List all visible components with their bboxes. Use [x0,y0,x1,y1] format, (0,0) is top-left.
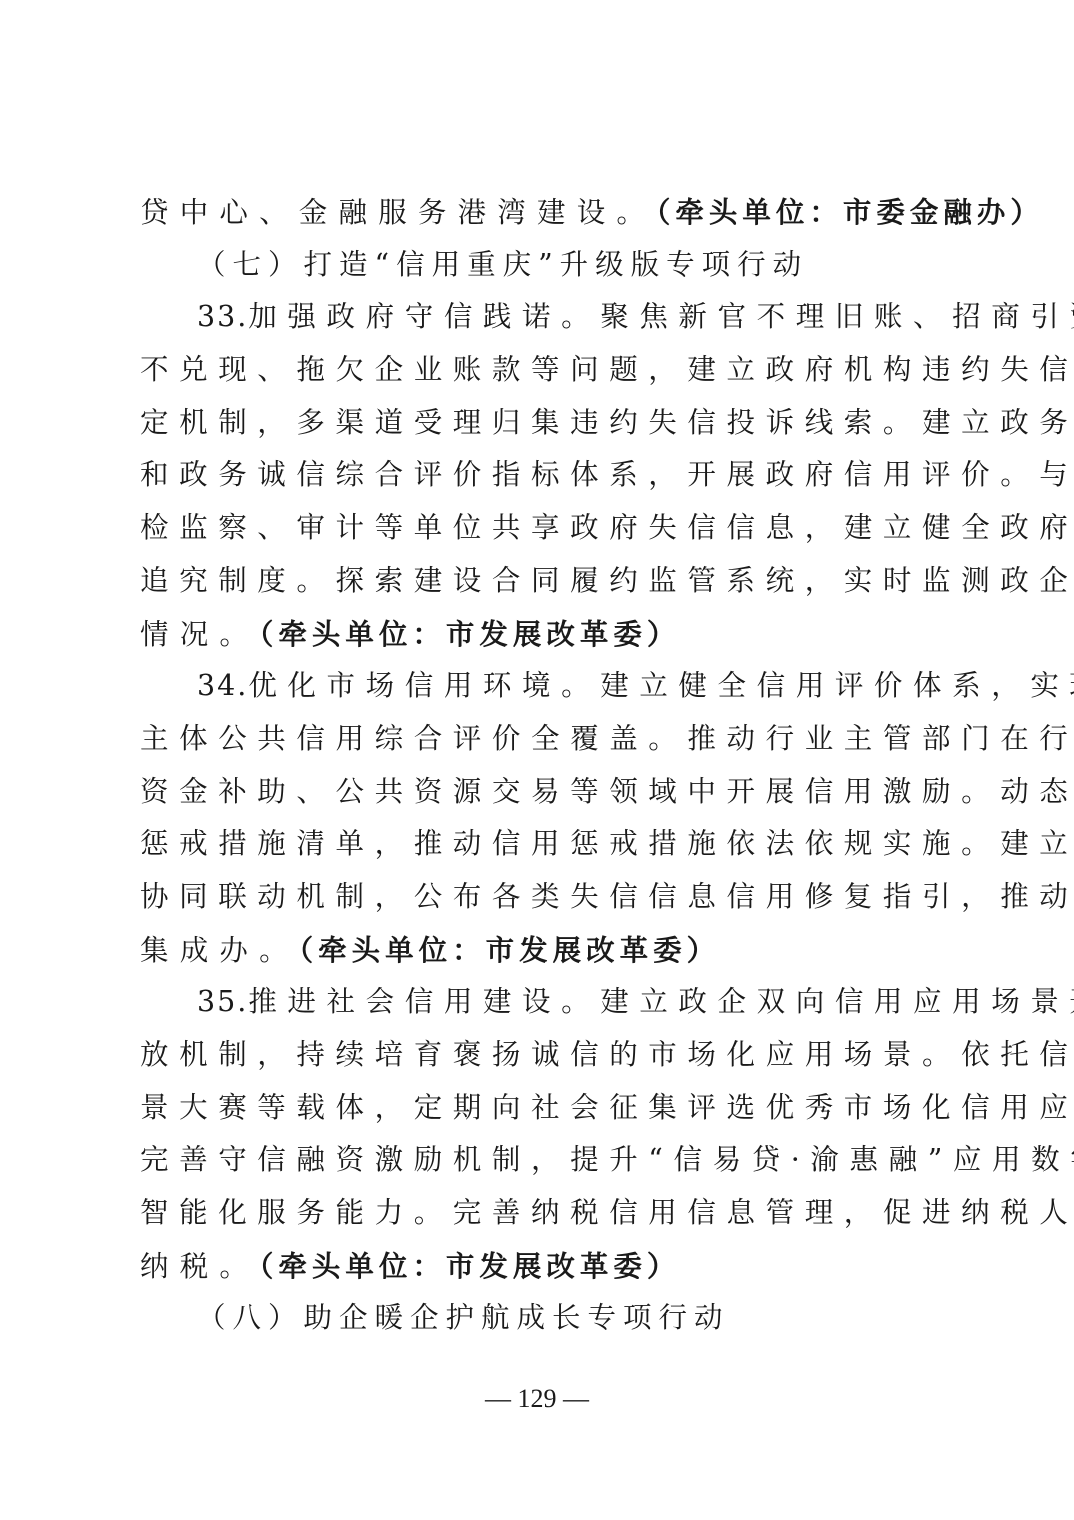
paragraph-line: 不兑现、拖欠企业账款等问题，建立政府机构违约失信归集和认 [140,344,940,397]
lead-unit-text: （牵头单位：市发展改革委） [299,933,720,967]
paragraph-line: 和政务诚信综合评价指标体系，开展政府信用评价。与司法、纪 [140,449,940,502]
body-text: 惩戒措施清单，推动信用惩戒措施依法依规实施。建立信用修复 [140,827,1074,860]
section-heading-text: （七）打造“信用重庆”升级版专项行动 [197,248,808,281]
body-text: 完善守信融资激励机制，提升“信易贷·渝惠融”应用数字化、 [140,1143,1074,1176]
paragraph-line: 情况。（牵头单位：市发展改革委） [140,608,940,661]
paragraph-line: 追究制度。探索建设合同履约监管系统，实时监测政企协议履约 [140,555,940,608]
body-text: 推进社会信用建设。建立政企双向信用应用场景开发开 [248,985,1074,1018]
body-text: 加强政府守信践诺。聚焦新官不理旧账、招商引资承诺 [248,300,1074,333]
body-text: 和政务诚信综合评价指标体系，开展政府信用评价。与司法、纪 [140,458,1074,491]
section-heading-text: （八）助企暖企护航成长专项行动 [197,1301,730,1334]
item-number: 35. [197,985,248,1018]
body-text: 主体公共信用综合评价全覆盖。推动行业主管部门在行政审批、 [140,722,1074,755]
paragraph-line: 协同联动机制，公布各类失信信息信用修复指引，推动信用修复 [140,871,940,924]
body-text: 景大赛等载体，定期向社会征集评选优秀市场化信用应用场景。 [140,1091,1074,1124]
body-text: 协同联动机制，公布各类失信信息信用修复指引，推动信用修复 [140,880,1074,913]
paragraph-line: 主体公共信用综合评价全覆盖。推动行业主管部门在行政审批、 [140,713,940,766]
paragraph-line: 惩戒措施清单，推动信用惩戒措施依法依规实施。建立信用修复 [140,818,940,871]
body-text: 情况。 [140,618,259,651]
section-heading: （七）打造“信用重庆”升级版专项行动 [140,239,940,292]
paragraph-line: 检监察、审计等单位共享政府失信信息，建立健全政府失信责任 [140,502,940,555]
paragraph-line: 定机制，多渠道受理归集违约失信投诉线索。建立政务诚信档案 [140,397,940,450]
paragraph-line: 贷中心、金融服务港湾建设。（牵头单位：市委金融办） [140,186,940,239]
paragraph-line: 智能化服务能力。完善纳税信用信息管理，促进纳税人依法诚信 [140,1187,940,1240]
paragraph-line: 放机制，持续培育褒扬诚信的市场化应用场景。依托信用应用场 [140,1029,940,1082]
body-text: 追究制度。探索建设合同履约监管系统，实时监测政企协议履约 [140,564,1074,597]
lead-unit-text: （牵头单位：市委金融办） [656,195,1044,229]
item-number: 33. [197,300,248,333]
body-text: 纳税。 [140,1250,259,1283]
body-text: 资金补助、公共资源交易等领域中开展信用激励。动态更新失信 [140,775,1074,808]
paragraph-line: 资金补助、公共资源交易等领域中开展信用激励。动态更新失信 [140,766,940,819]
body-text: 定机制，多渠道受理归集违约失信投诉线索。建立政务诚信档案 [140,406,1074,439]
body-text: 优化市场信用环境。建立健全信用评价体系，实现经营 [248,669,1074,702]
lead-unit-text: （牵头单位：市发展改革委） [259,617,680,651]
paragraph-line: 33.加强政府守信践诺。聚焦新官不理旧账、招商引资承诺 [140,291,940,344]
item-number: 34. [197,669,248,702]
body-text: 放机制，持续培育褒扬诚信的市场化应用场景。依托信用应用场 [140,1038,1074,1071]
section-heading: （八）助企暖企护航成长专项行动 [140,1292,940,1345]
document-page: 贷中心、金融服务港湾建设。（牵头单位：市委金融办） （七）打造“信用重庆”升级版… [140,186,940,1345]
body-text: 贷中心、金融服务港湾建设。 [140,196,656,229]
paragraph-line: 景大赛等载体，定期向社会征集评选优秀市场化信用应用场景。 [140,1082,940,1135]
paragraph-line: 34.优化市场信用环境。建立健全信用评价体系，实现经营 [140,660,940,713]
paragraph-line: 纳税。（牵头单位：市发展改革委） [140,1240,940,1293]
body-text: 智能化服务能力。完善纳税信用信息管理，促进纳税人依法诚信 [140,1196,1074,1229]
paragraph-line: 集成办。（牵头单位：市发展改革委） [140,924,940,977]
body-text: 检监察、审计等单位共享政府失信信息，建立健全政府失信责任 [140,511,1074,544]
paragraph-line: 35.推进社会信用建设。建立政企双向信用应用场景开发开 [140,976,940,1029]
body-text: 不兑现、拖欠企业账款等问题，建立政府机构违约失信归集和认 [140,353,1074,386]
paragraph-line: 完善守信融资激励机制，提升“信易贷·渝惠融”应用数字化、 [140,1134,940,1187]
page-number: — 129 — [0,1384,1074,1414]
lead-unit-text: （牵头单位：市发展改革委） [259,1249,680,1283]
body-text: 集成办。 [140,934,299,967]
